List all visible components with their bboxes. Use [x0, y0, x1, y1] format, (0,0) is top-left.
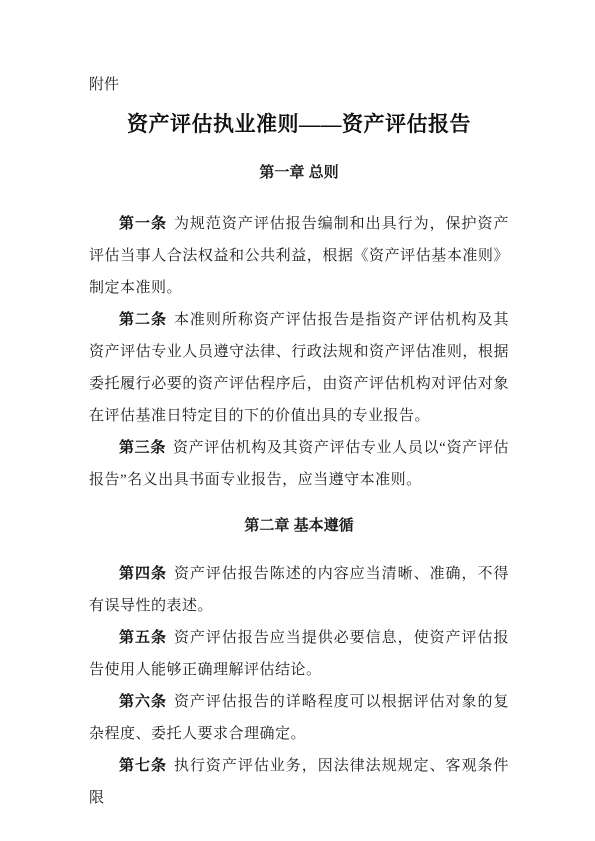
article-5: 第五条资产评估报告应当提供必要信息，使资产评估报告使用人能够正确理解评估结论。 — [89, 622, 509, 686]
article-3: 第三条资产评估机构及其资产评估专业人员以“资产评估报告”名义出具书面专业报告，应… — [89, 432, 509, 496]
attachment-label: 附件 — [89, 76, 509, 94]
article-2-number: 第二条 — [119, 312, 167, 328]
document-title: 资产评估执业准则——资产评估报告 — [89, 110, 509, 139]
article-1: 第一条为规范资产评估报告编制和出具行为，保护资产评估当事人合法权益和公共利益，根… — [89, 208, 509, 304]
article-7-number: 第七条 — [119, 758, 167, 774]
chapter-2-heading: 第二章 基本遵循 — [89, 516, 509, 536]
chapter-1-heading: 第一章 总则 — [89, 163, 509, 183]
article-1-number: 第一条 — [119, 216, 167, 232]
article-3-number: 第三条 — [119, 440, 166, 456]
article-7: 第七条执行资产评估业务，因法律法规规定、客观条件限 — [89, 750, 509, 814]
article-2: 第二条本准则所称资产评估报告是指资产评估机构及其资产评估专业人员遵守法律、行政法… — [89, 304, 509, 432]
article-4: 第四条资产评估报告陈述的内容应当清晰、准确，不得有误导性的表述。 — [89, 558, 509, 622]
article-5-number: 第五条 — [119, 630, 167, 646]
article-6-number: 第六条 — [119, 694, 167, 710]
article-2-text: 本准则所称资产评估报告是指资产评估机构及其资产评估专业人员遵守法律、行政法规和资… — [89, 312, 509, 424]
article-6: 第六条资产评估报告的详略程度可以根据评估对象的复杂程度、委托人要求合理确定。 — [89, 686, 509, 750]
article-4-number: 第四条 — [119, 566, 167, 582]
document-page: 附件 资产评估执业准则——资产评估报告 第一章 总则 第一条为规范资产评估报告编… — [0, 0, 595, 841]
